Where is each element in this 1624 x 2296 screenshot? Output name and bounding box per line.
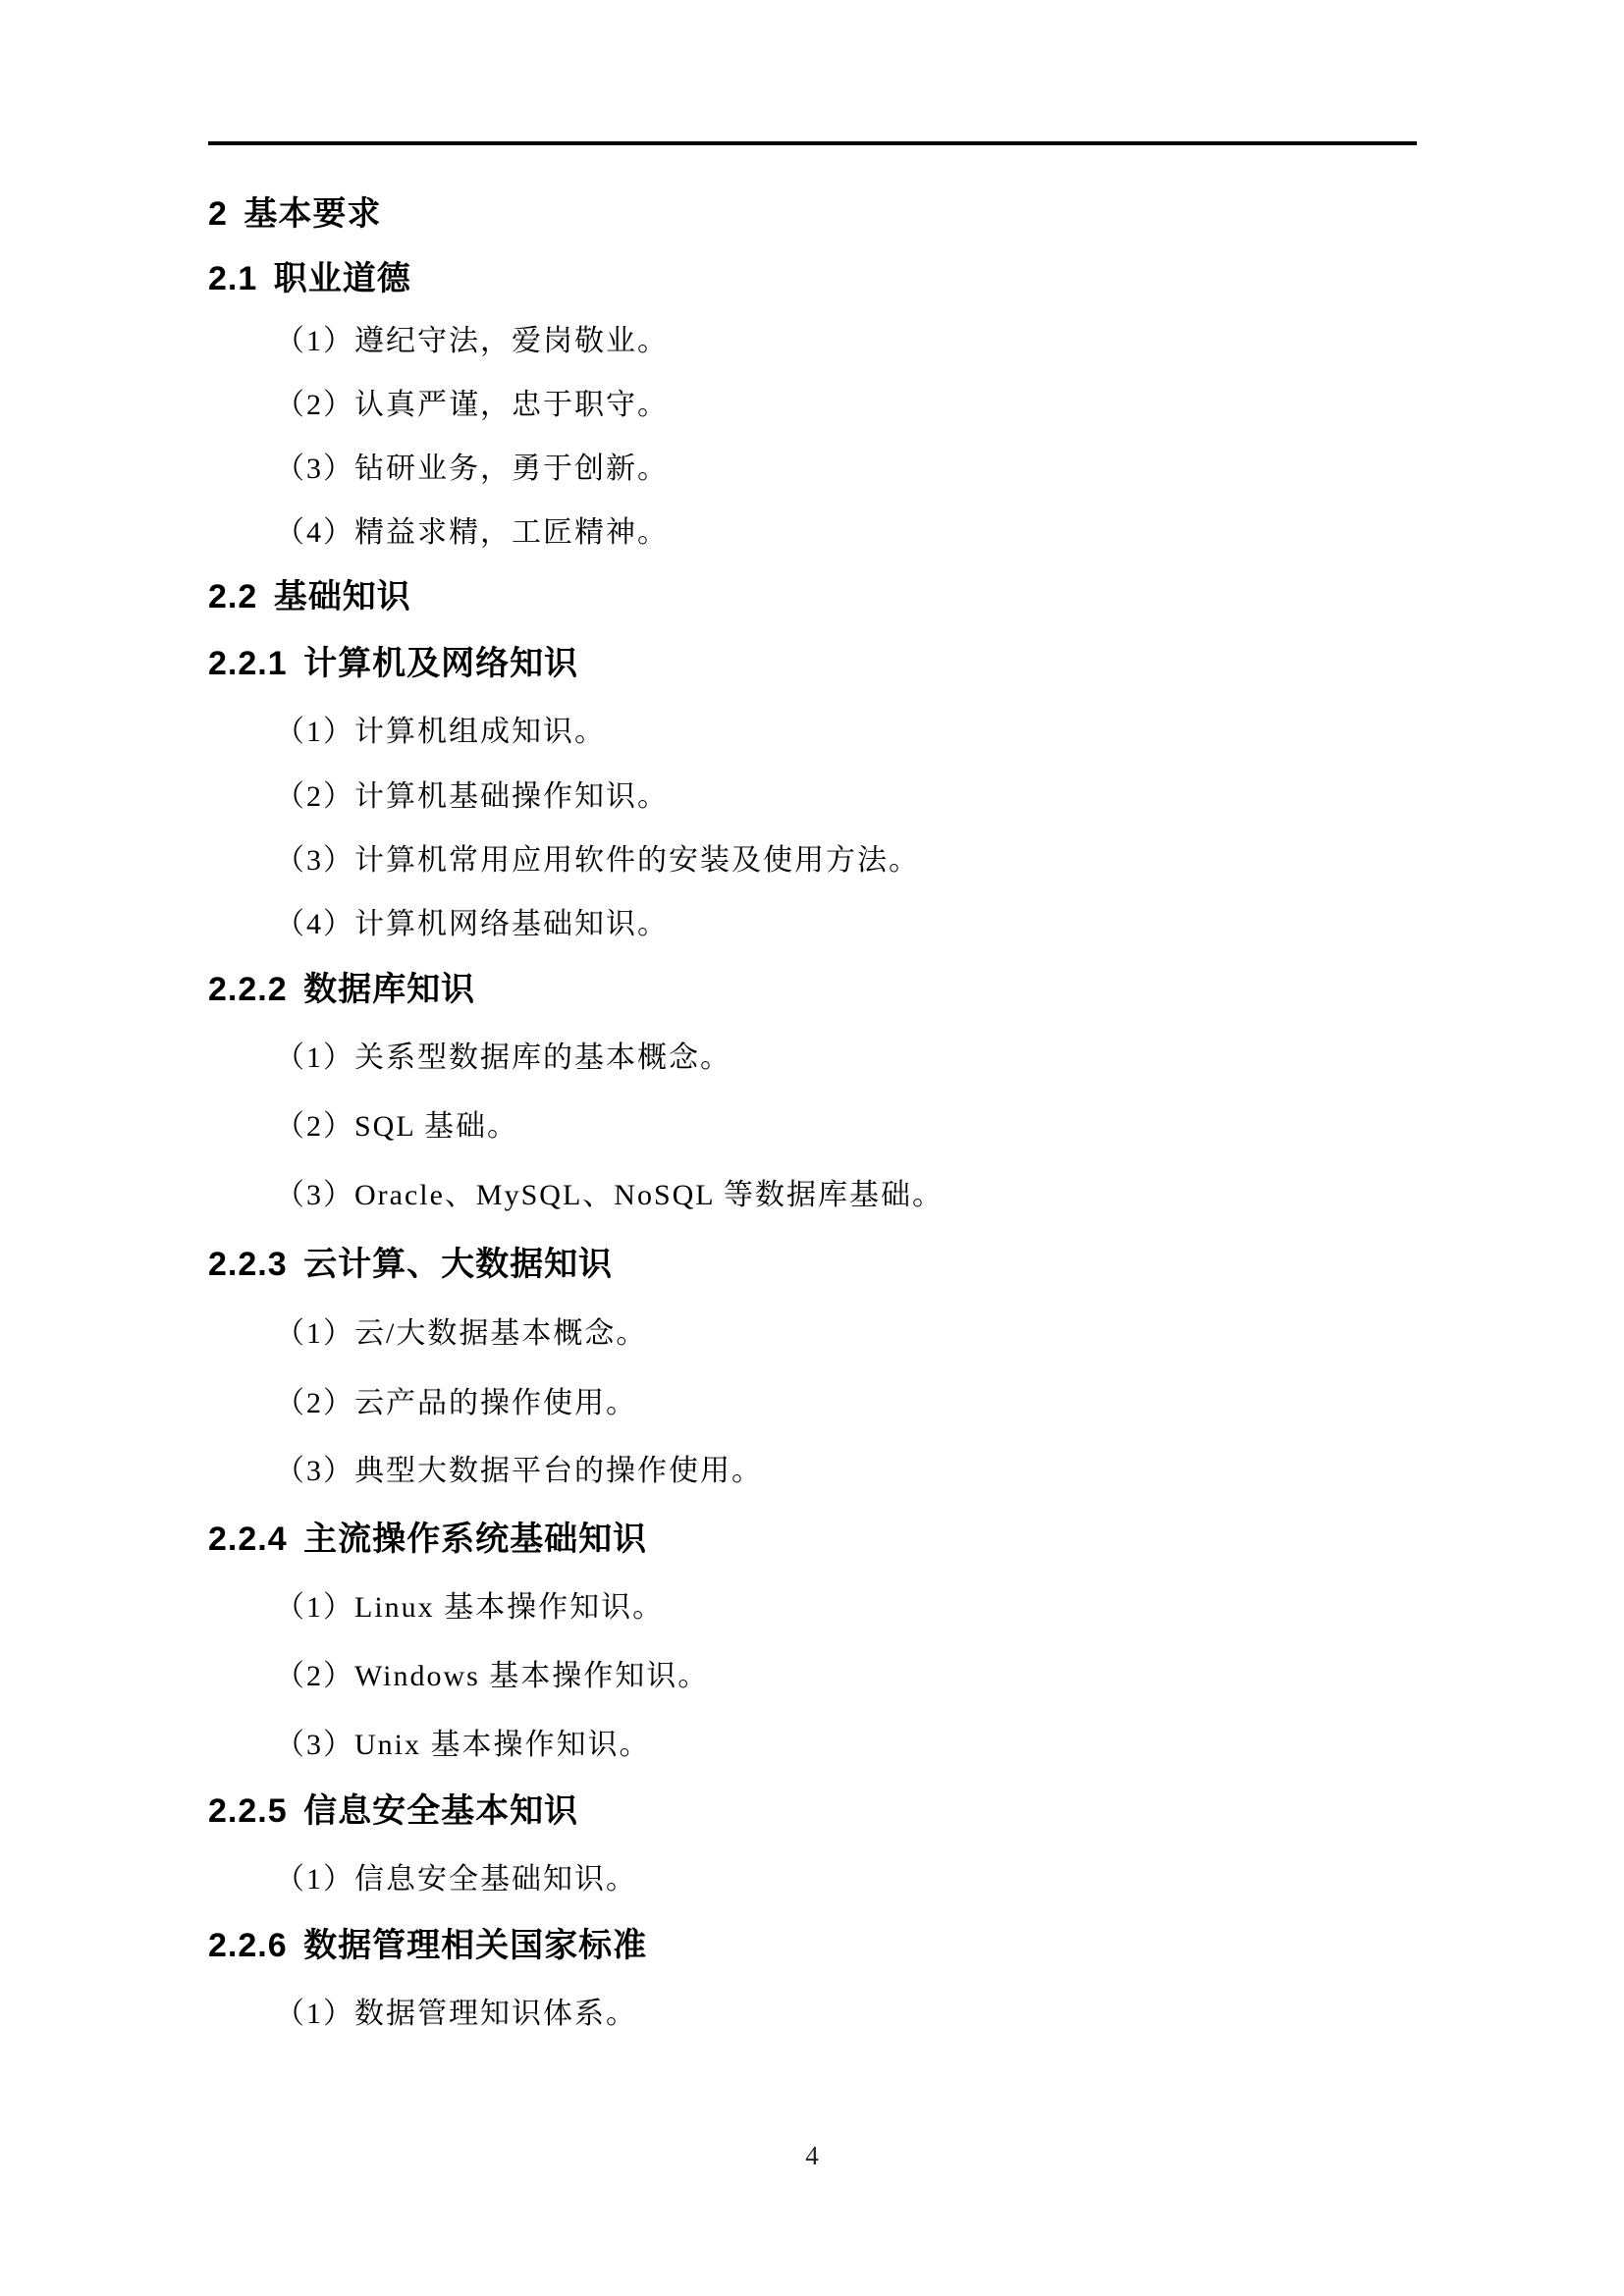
- list-item: （3）典型大数据平台的操作使用。: [275, 1450, 763, 1493]
- list-item: （3）Oracle、MySQL、NoSQL 等数据库基础。: [275, 1174, 944, 1217]
- heading-2-2-4: 2.2.4 主流操作系统基础知识: [208, 1518, 647, 1561]
- heading-2-1: 2.1 职业道德: [208, 257, 411, 300]
- heading-2-2-5: 2.2.5 信息安全基本知识: [208, 1789, 578, 1833]
- list-item: （1）遵纪守法，爱岗敬业。: [275, 320, 669, 363]
- page-number: 4: [0, 2136, 1624, 2175]
- list-item: （4）计算机网络基础知识。: [275, 903, 669, 946]
- heading-2-2: 2.2 基础知识: [208, 575, 411, 618]
- list-item: （3）计算机常用应用软件的安装及使用方法。: [275, 839, 920, 882]
- heading-2-2-3: 2.2.3 云计算、大数据知识: [208, 1243, 613, 1286]
- list-item: （1）关系型数据库的基本概念。: [275, 1037, 731, 1080]
- list-item: （1）云/大数据基本概念。: [275, 1312, 647, 1356]
- heading-2: 2 基本要求: [208, 192, 381, 236]
- list-item: （1）信息安全基础知识。: [275, 1858, 637, 1901]
- list-item: （1）Linux 基本操作知识。: [275, 1586, 664, 1629]
- document-page: 2 基本要求 2.1 职业道德 （1）遵纪守法，爱岗敬业。 （2）认真严谨，忠于…: [0, 0, 1624, 2296]
- list-item: （3）Unix 基本操作知识。: [275, 1724, 651, 1767]
- list-item: （1）数据管理知识体系。: [275, 1993, 637, 2036]
- header-rule: [208, 141, 1417, 145]
- list-item: （2）Windows 基本操作知识。: [275, 1655, 709, 1698]
- heading-2-2-2: 2.2.2 数据库知识: [208, 968, 475, 1011]
- heading-2-2-1: 2.2.1 计算机及网络知识: [208, 642, 578, 685]
- list-item: （2）SQL 基础。: [275, 1105, 518, 1148]
- list-item: （4）精益求精，工匠精神。: [275, 511, 669, 555]
- list-item: （3）钻研业务，勇于创新。: [275, 448, 669, 491]
- list-item: （2）认真严谨，忠于职守。: [275, 384, 669, 427]
- heading-2-2-6: 2.2.6 数据管理相关国家标准: [208, 1924, 647, 1967]
- list-item: （2）计算机基础操作知识。: [275, 775, 669, 819]
- list-item: （2）云产品的操作使用。: [275, 1382, 637, 1425]
- list-item: （1）计算机组成知识。: [275, 711, 606, 754]
